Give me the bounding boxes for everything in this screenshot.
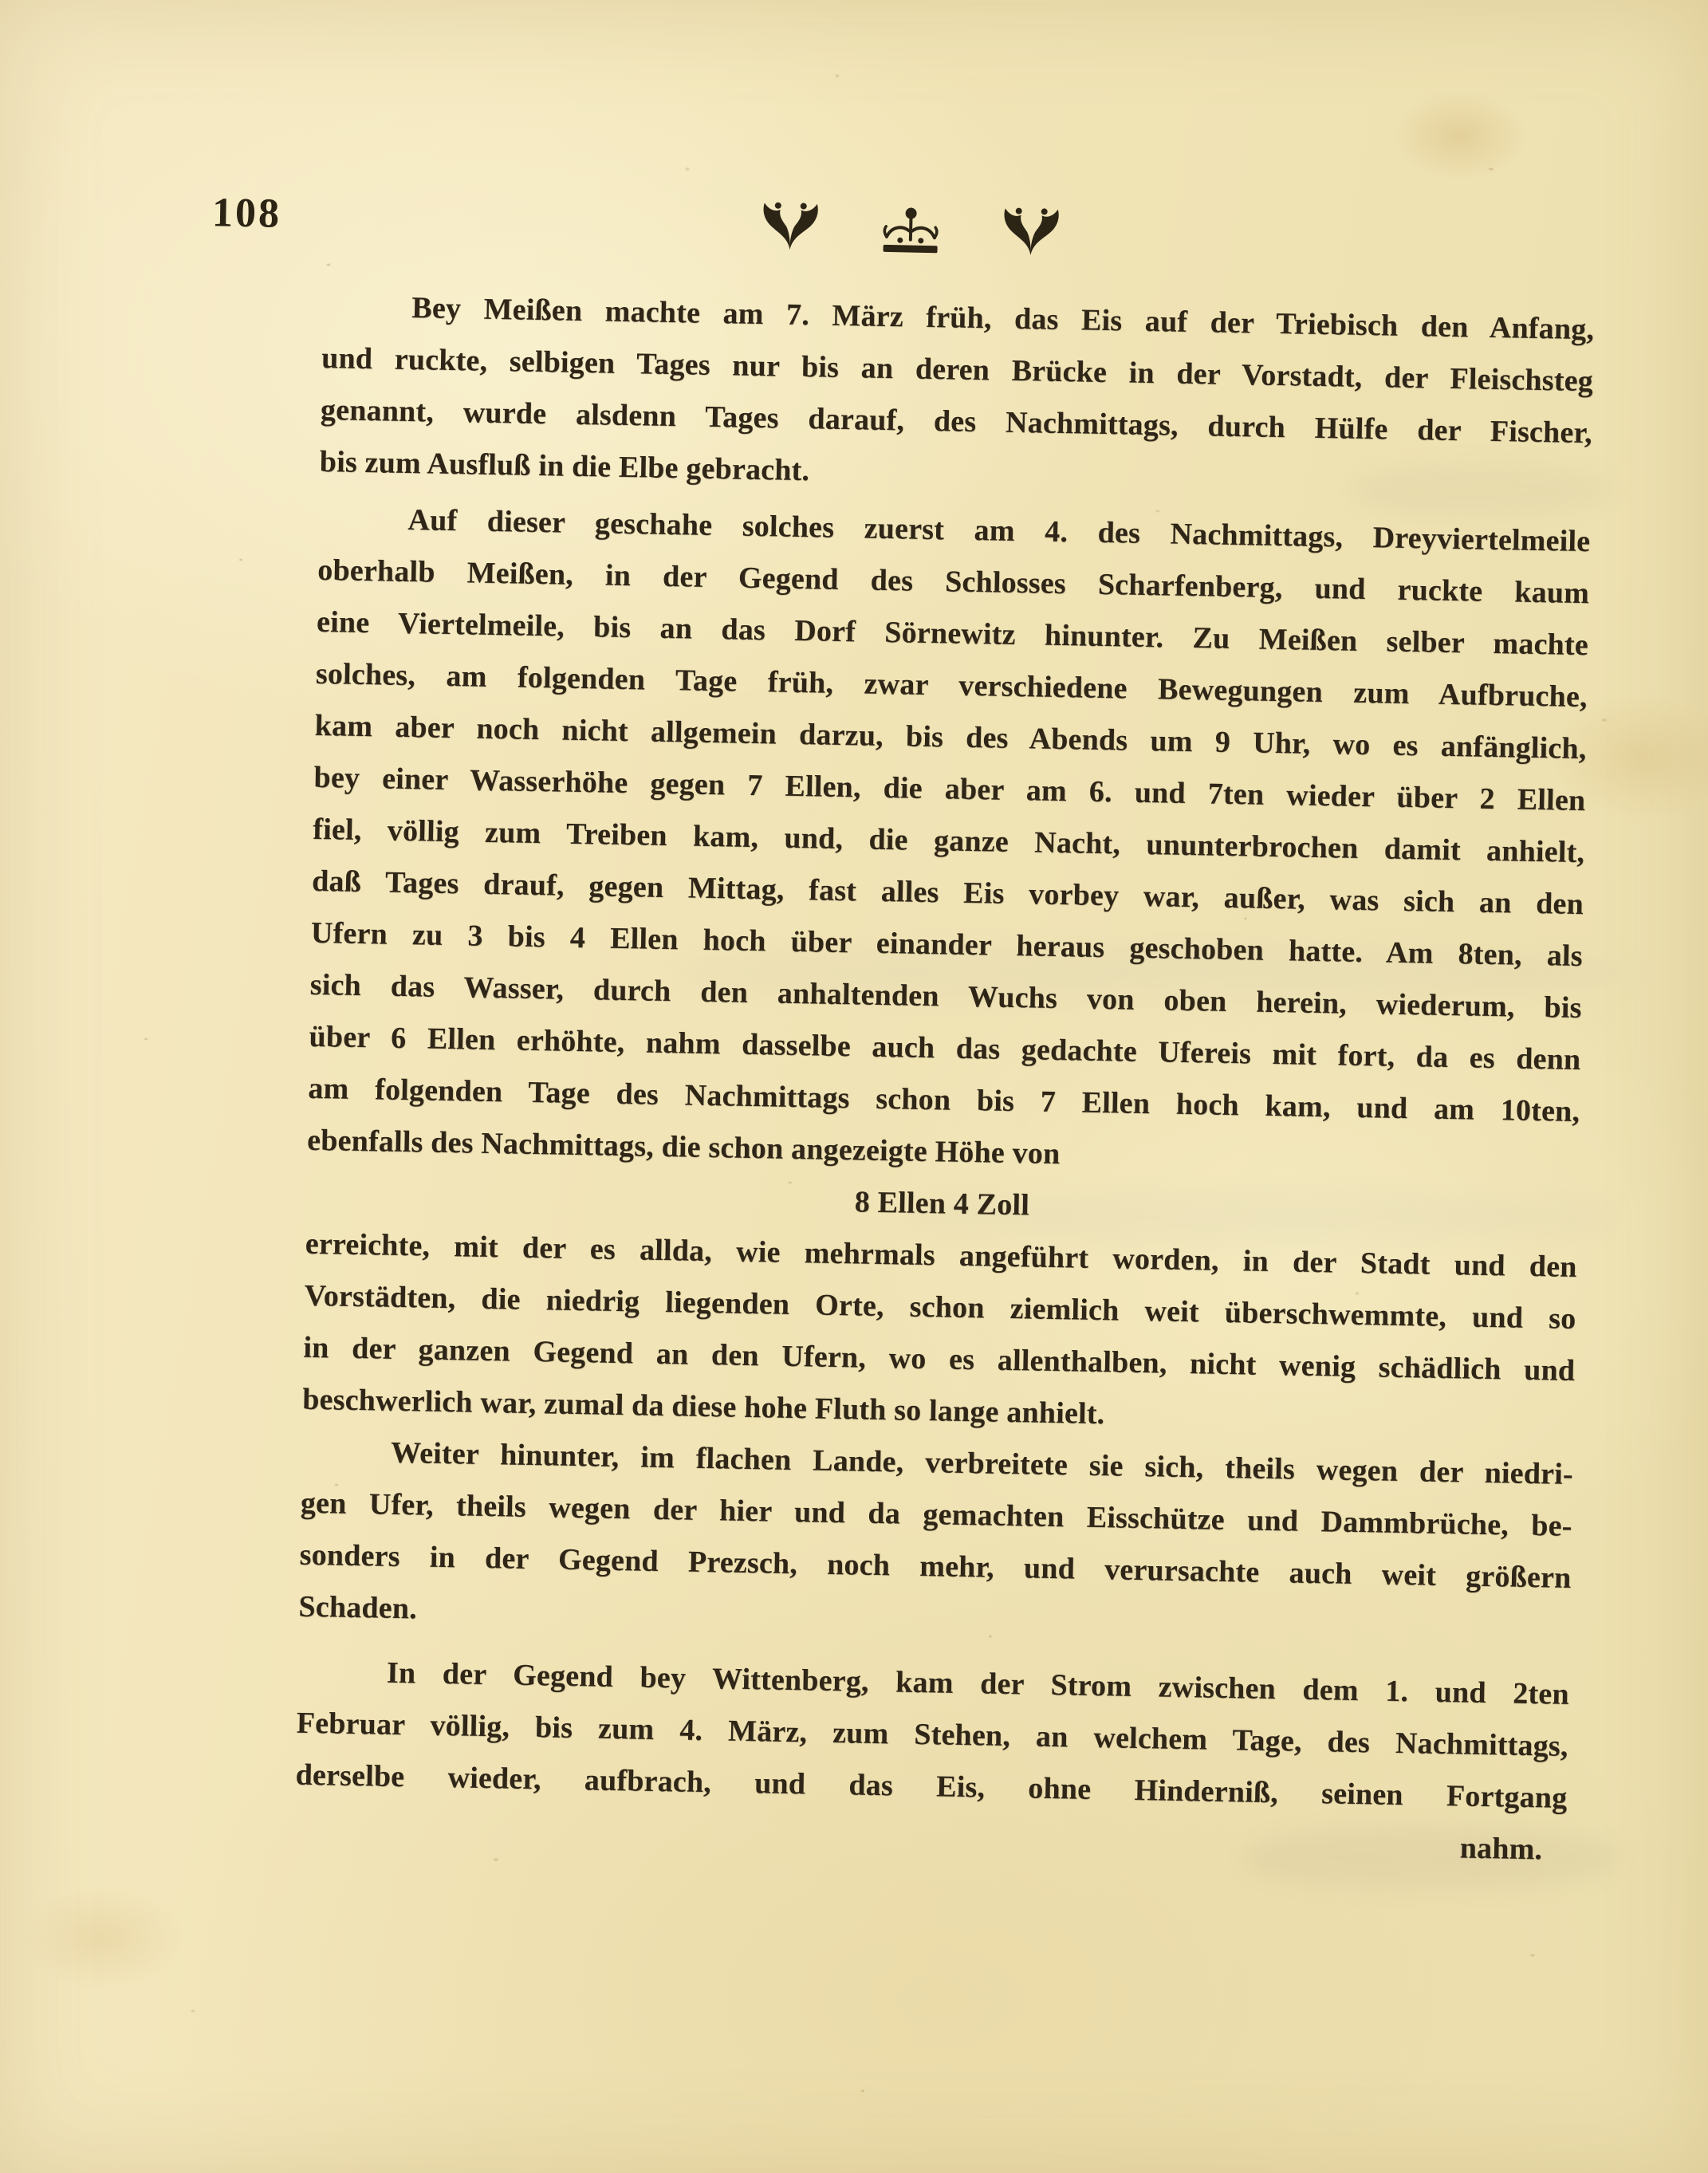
paragraph-4: In der Gegend bey Wittenberg, kam der St… — [295, 1646, 1569, 1825]
header-ornaments — [750, 198, 1072, 262]
fleuron-left-icon — [750, 199, 831, 255]
page-number: 108 — [211, 189, 281, 238]
fleuron-right-icon — [990, 205, 1072, 261]
paragraph-2: Auf dieser geschahe solches zuerst am 4.… — [302, 493, 1591, 1449]
body-text: Bey Meißen machte am 7. März früh, das E… — [294, 281, 1595, 1876]
floral-crest-icon — [879, 204, 942, 257]
paragraph-1: Bey Meißen machte am 7. März früh, das E… — [319, 281, 1594, 511]
paragraph-3: Weiter hinunter, im flachen Lande, verbr… — [298, 1426, 1573, 1656]
